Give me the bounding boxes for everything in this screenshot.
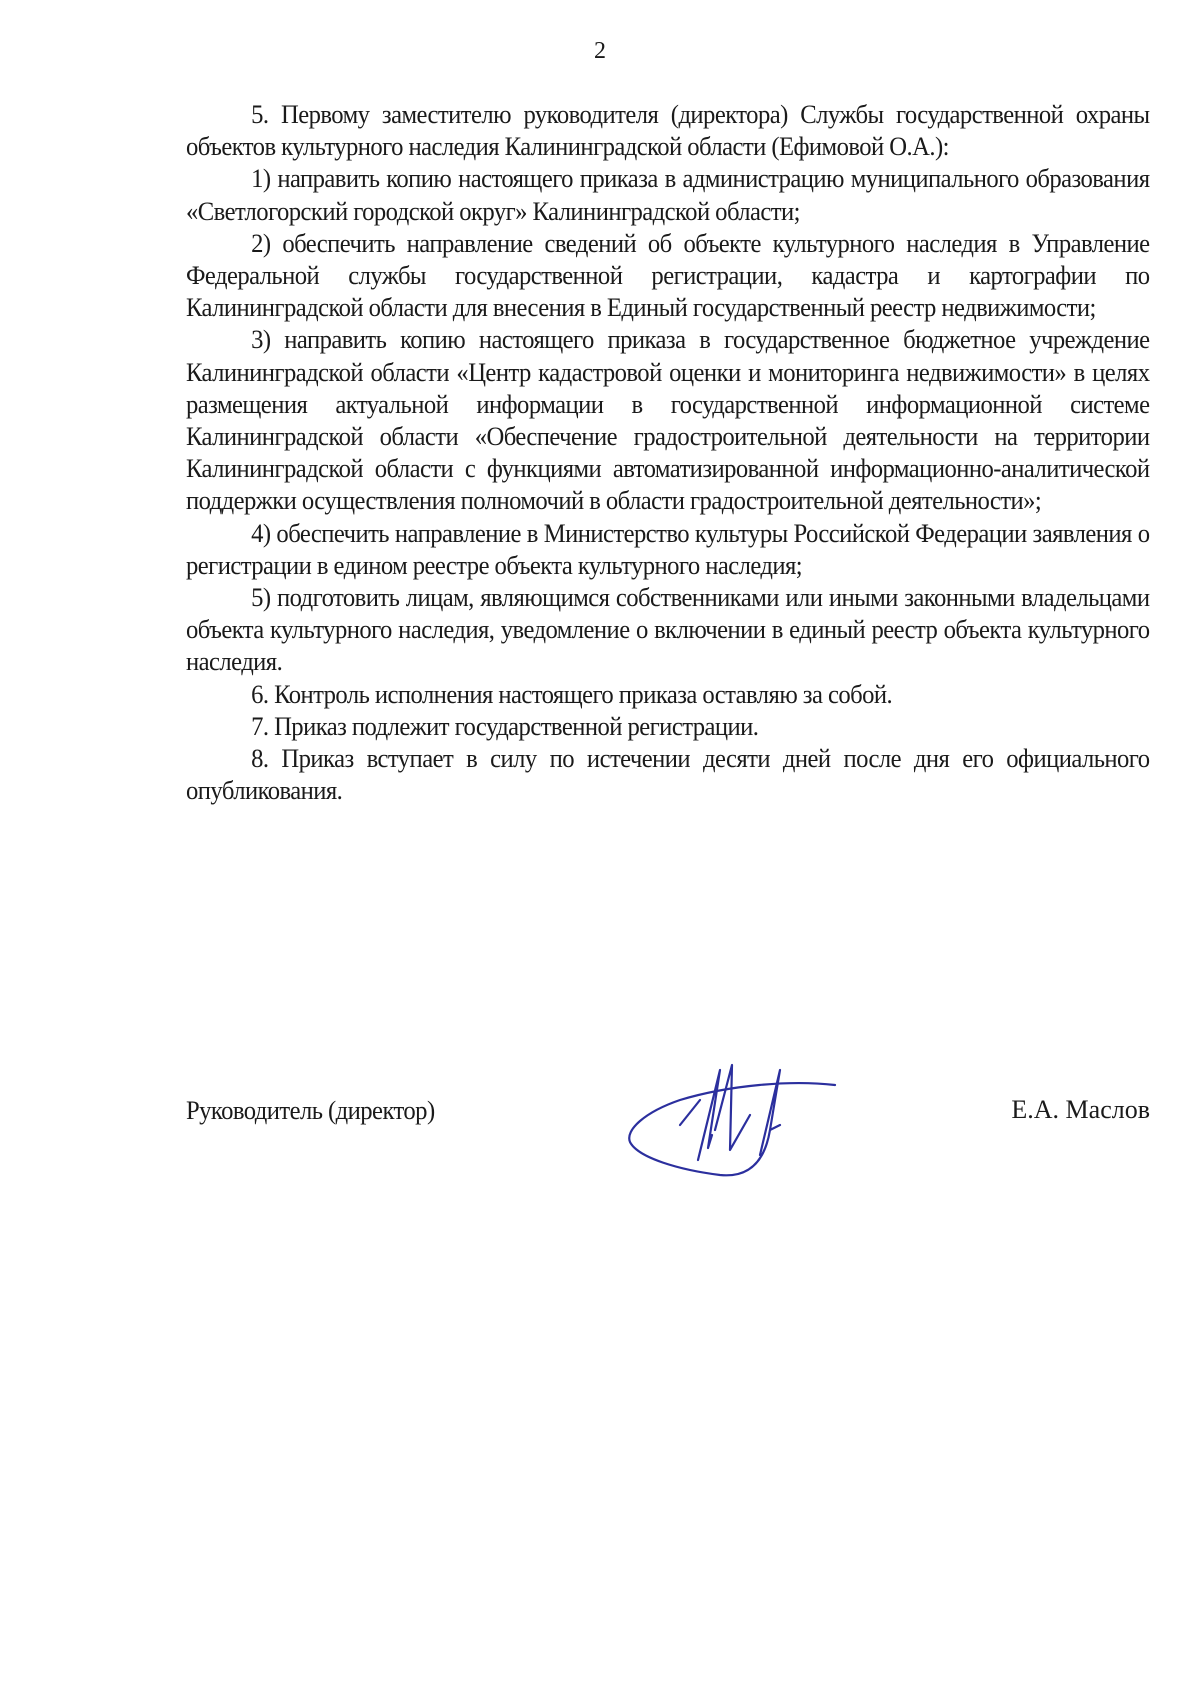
- paragraph-item-8: 8. Приказ вступает в силу по истечении д…: [186, 742, 1149, 806]
- document-body: 5. Первому заместителю руководителя (дир…: [186, 98, 1149, 806]
- signatory-title: Руководитель (директор): [186, 1095, 435, 1126]
- paragraph-subitem-1: 1) направить копию настоящего приказа в …: [186, 162, 1149, 226]
- paragraph-subitem-4: 4) обеспечить направление в Министерство…: [186, 517, 1149, 581]
- paragraph-subitem-3: 3) направить копию настоящего приказа в …: [186, 323, 1149, 516]
- paragraph-subitem-5: 5) подготовить лицам, являющимся собстве…: [186, 581, 1149, 678]
- paragraph-subitem-2: 2) обеспечить направление сведений об об…: [186, 227, 1149, 324]
- paragraph-item-6: 6. Контроль исполнения настоящего приказ…: [186, 678, 1149, 710]
- paragraph-item-5: 5. Первому заместителю руководителя (дир…: [186, 98, 1149, 162]
- page-number: 2: [0, 38, 1200, 65]
- signatory-name: Е.А. Маслов: [1011, 1095, 1150, 1125]
- handwritten-signature-icon: [620, 1030, 850, 1180]
- paragraph-item-7: 7. Приказ подлежит государственной регис…: [186, 710, 1149, 742]
